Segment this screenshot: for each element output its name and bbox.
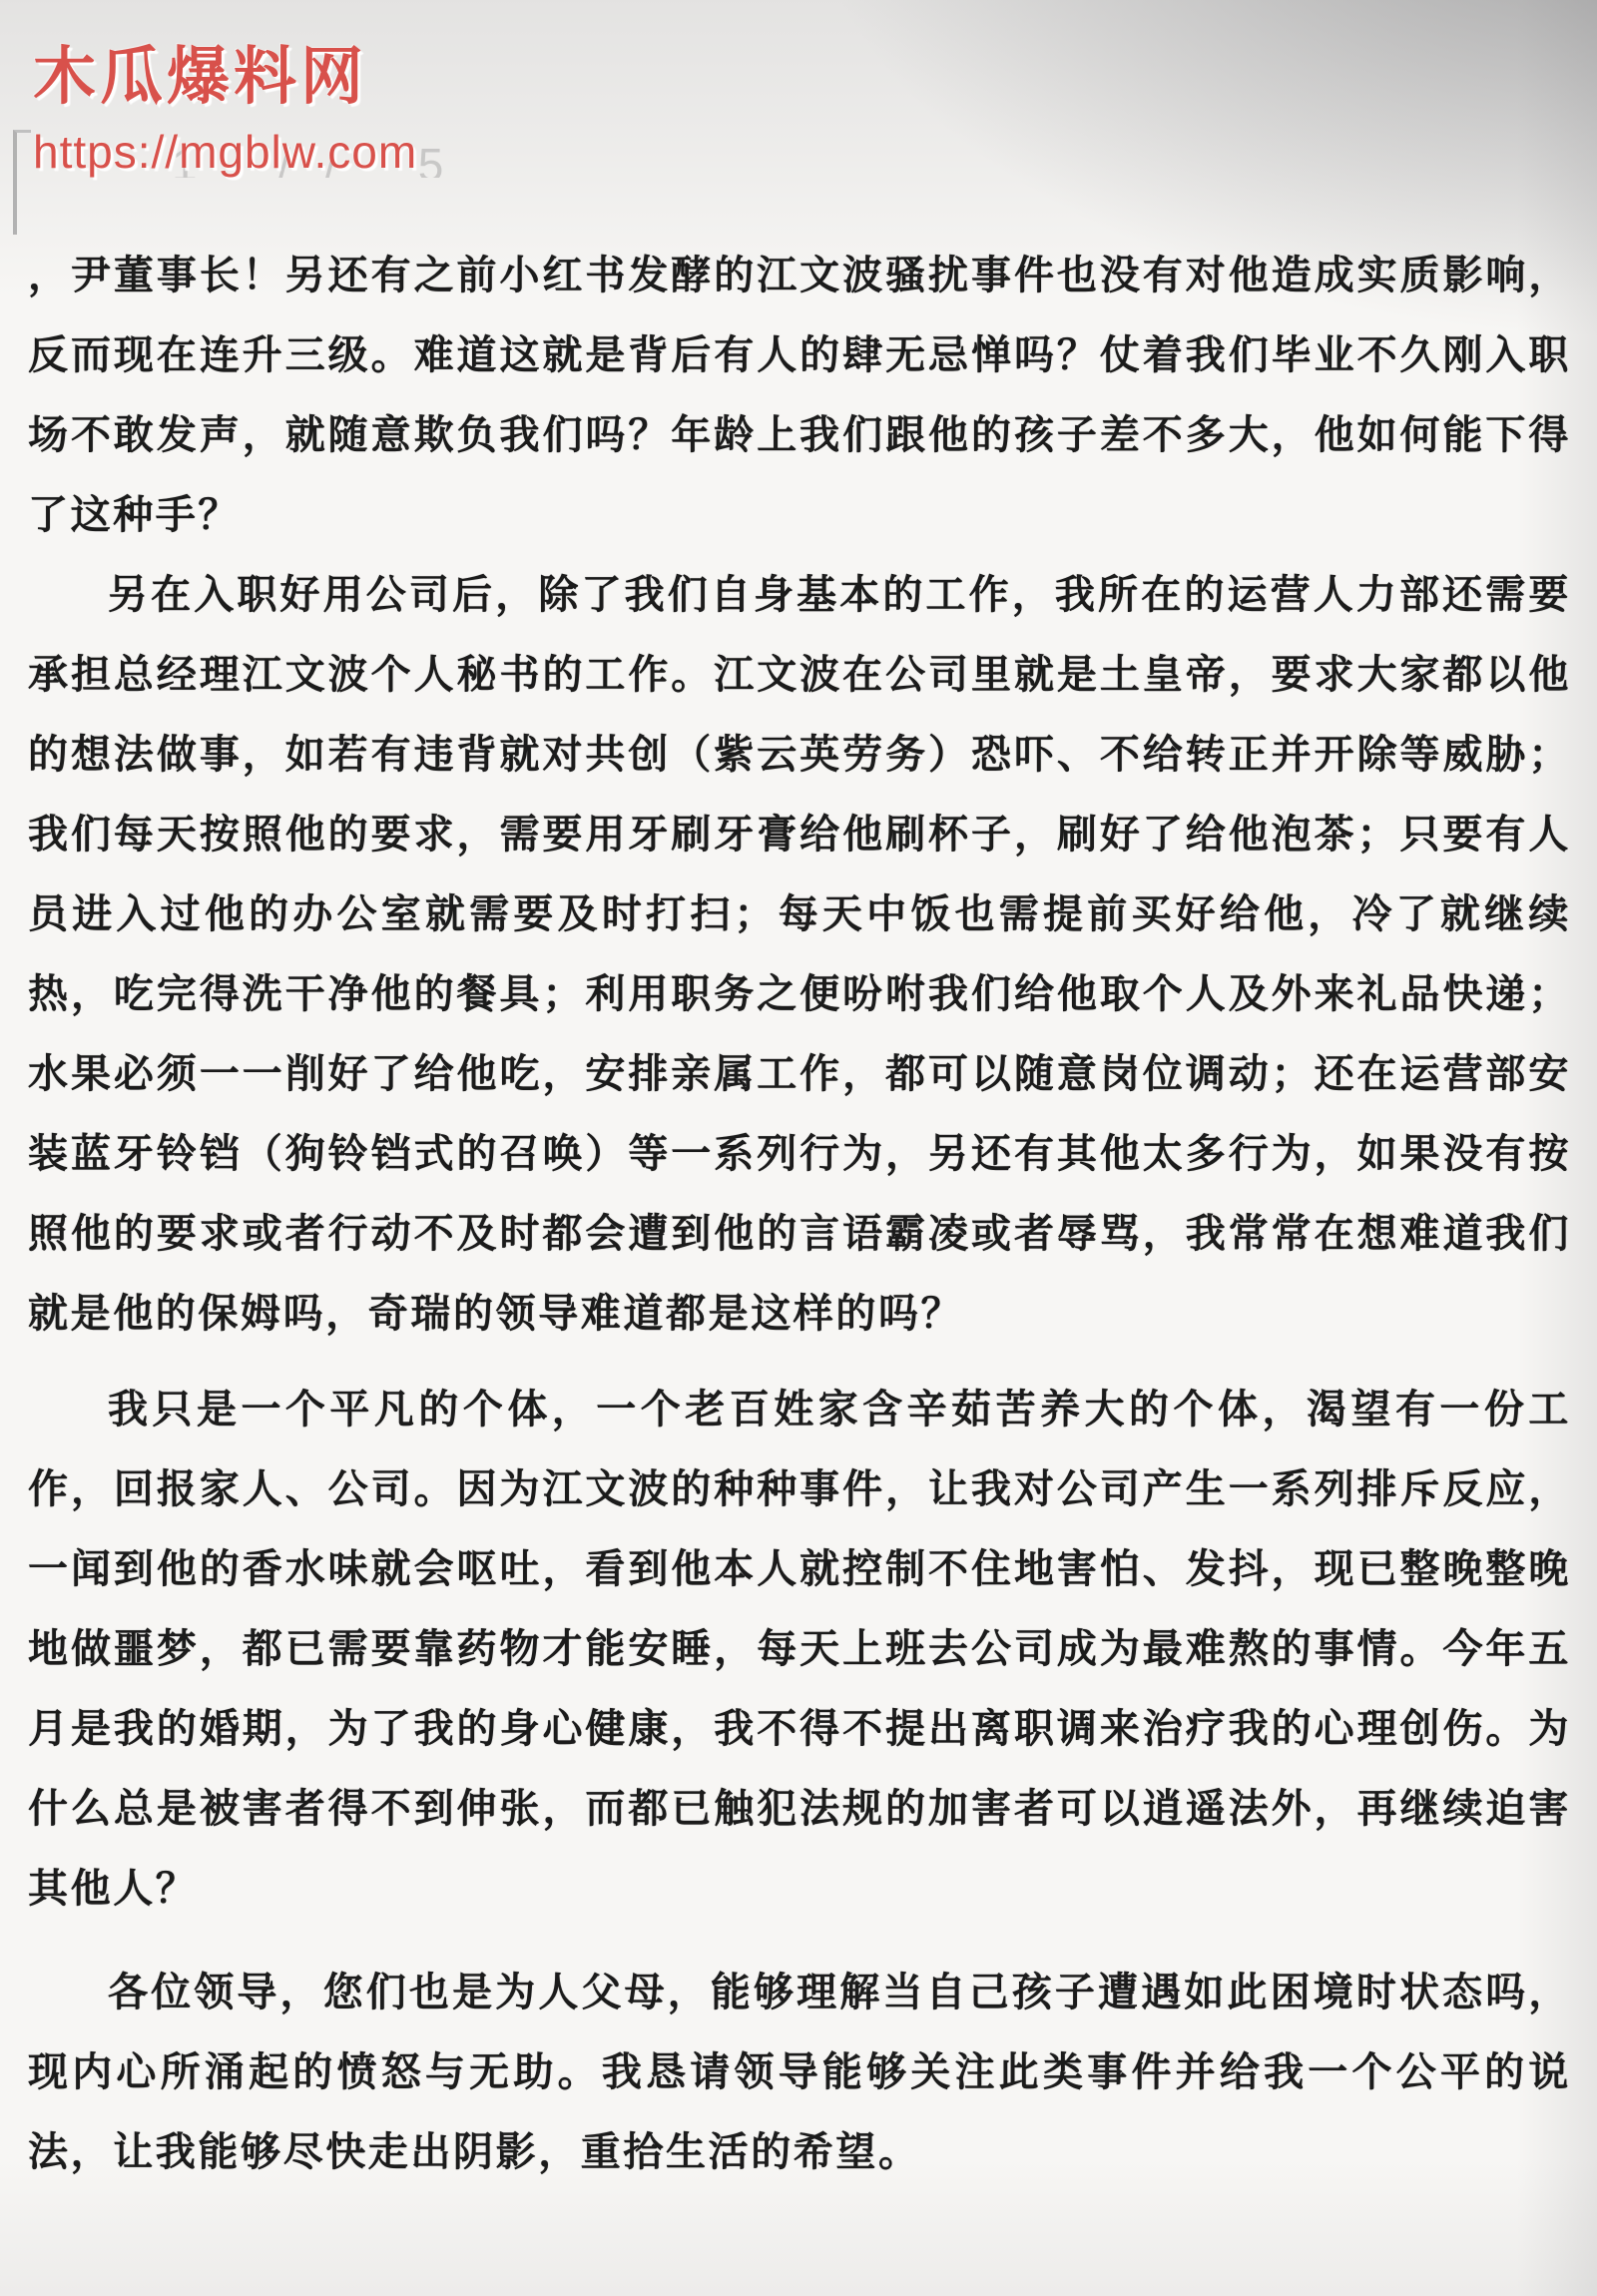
document-page: 木瓜爆料网 https://mgblw.com 1 // 5 ，尹董事长！另还有… [0, 0, 1597, 2296]
watermark: 木瓜爆料网 https://mgblw.com [33, 26, 417, 179]
paragraph-workplace-abuse: 另在入职好用公司后，除了我们自身基本的工作，我所在的运营人力部还需要承担总经理江… [28, 555, 1571, 1354]
paragraph-personal-impact: 我只是一个平凡的个体，一个老百姓家含辛茹苦养大的个体，渴望有一份工作，回报家人、… [28, 1370, 1571, 1929]
paragraph-continuation: ，尹董事长！另还有之前小红书发酵的江文波骚扰事件也没有对他造成实质影响，反而现在… [28, 236, 1571, 555]
paragraph-appeal-to-leaders: 各位领导，您们也是为人父母，能够理解当自己孩子遭遇如此困境时状态吗，现内心所涌起… [28, 1953, 1571, 2192]
letter-body: ，尹董事长！另还有之前小红书发酵的江文波骚扰事件也没有对他造成实质影响，反而现在… [28, 236, 1571, 2192]
watermark-site-url: https://mgblw.com [33, 125, 417, 179]
scan-bracket-mark [13, 130, 31, 235]
watermark-site-name: 木瓜爆料网 [33, 26, 417, 117]
